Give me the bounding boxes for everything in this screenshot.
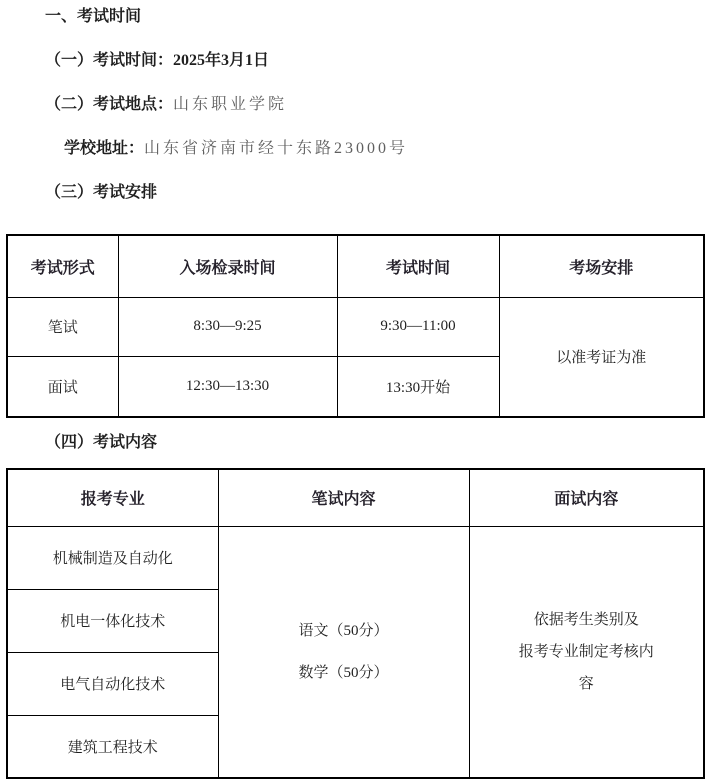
header-interview-content: 面试内容 [469, 469, 704, 526]
header-written-content: 笔试内容 [218, 469, 469, 526]
interview-time-cell: 13:30开始 [337, 356, 499, 417]
major-cell: 电气自动化技术 [7, 652, 218, 715]
written-exam-form-cell: 笔试 [7, 297, 118, 356]
header-venue: 考场安排 [499, 235, 704, 297]
venue-note-cell: 以准考证为准 [499, 297, 704, 417]
table-row: 笔试 8:30—9:25 9:30—11:00 以准考证为准 [7, 297, 704, 356]
interview-check-in-cell: 12:30—13:30 [118, 356, 337, 417]
header-exam-time: 考试时间 [337, 235, 499, 297]
written-content-cell: 语文（50分） 数学（50分） [218, 526, 469, 778]
exam-arrangement-title: （三）考试安排 [45, 184, 712, 202]
exam-location-value: 山东职业学院 [173, 96, 287, 113]
exam-notice-document: 一、考试时间 （一）考试时间：2025年3月1日 （二）考试地点：山东职业学院 … [0, 0, 712, 783]
major-cell: 建筑工程技术 [7, 715, 218, 778]
exam-content-title: （四）考试内容 [45, 434, 712, 452]
section-title: 一、考试时间 [45, 0, 712, 26]
written-time-cell: 9:30—11:00 [337, 297, 499, 356]
exam-content-table: 报考专业 笔试内容 面试内容 机械制造及自动化 语文（50分） 数学（50分） … [6, 468, 705, 779]
exam-time-line: （一）考试时间：2025年3月1日 [45, 52, 712, 70]
written-check-in-cell: 8:30—9:25 [118, 297, 337, 356]
header-exam-form: 考试形式 [7, 235, 118, 297]
schedule-header-row: 考试形式 入场检录时间 考试时间 考场安排 [7, 235, 704, 297]
interview-form-cell: 面试 [7, 356, 118, 417]
exam-location-label: （二）考试地点： [45, 96, 173, 113]
interview-content-cell: 依据考生类别及 报考专业制定考核内 容 [469, 526, 704, 778]
school-address-line: 学校地址：山东省济南市经十东路23000号 [64, 140, 712, 158]
exam-location-line: （二）考试地点：山东职业学院 [45, 96, 712, 114]
exam-schedule-table: 考试形式 入场检录时间 考试时间 考场安排 笔试 8:30—9:25 9:30—… [6, 234, 705, 418]
school-address-label: 学校地址： [64, 140, 144, 157]
table-row: 机械制造及自动化 语文（50分） 数学（50分） 依据考生类别及 报考专业制定考… [7, 526, 704, 589]
major-cell: 机电一体化技术 [7, 589, 218, 652]
content-header-row: 报考专业 笔试内容 面试内容 [7, 469, 704, 526]
header-major: 报考专业 [7, 469, 218, 526]
header-check-in-time: 入场检录时间 [118, 235, 337, 297]
school-address-value: 山东省济南市经十东路23000号 [144, 140, 408, 157]
major-cell: 机械制造及自动化 [7, 526, 218, 589]
